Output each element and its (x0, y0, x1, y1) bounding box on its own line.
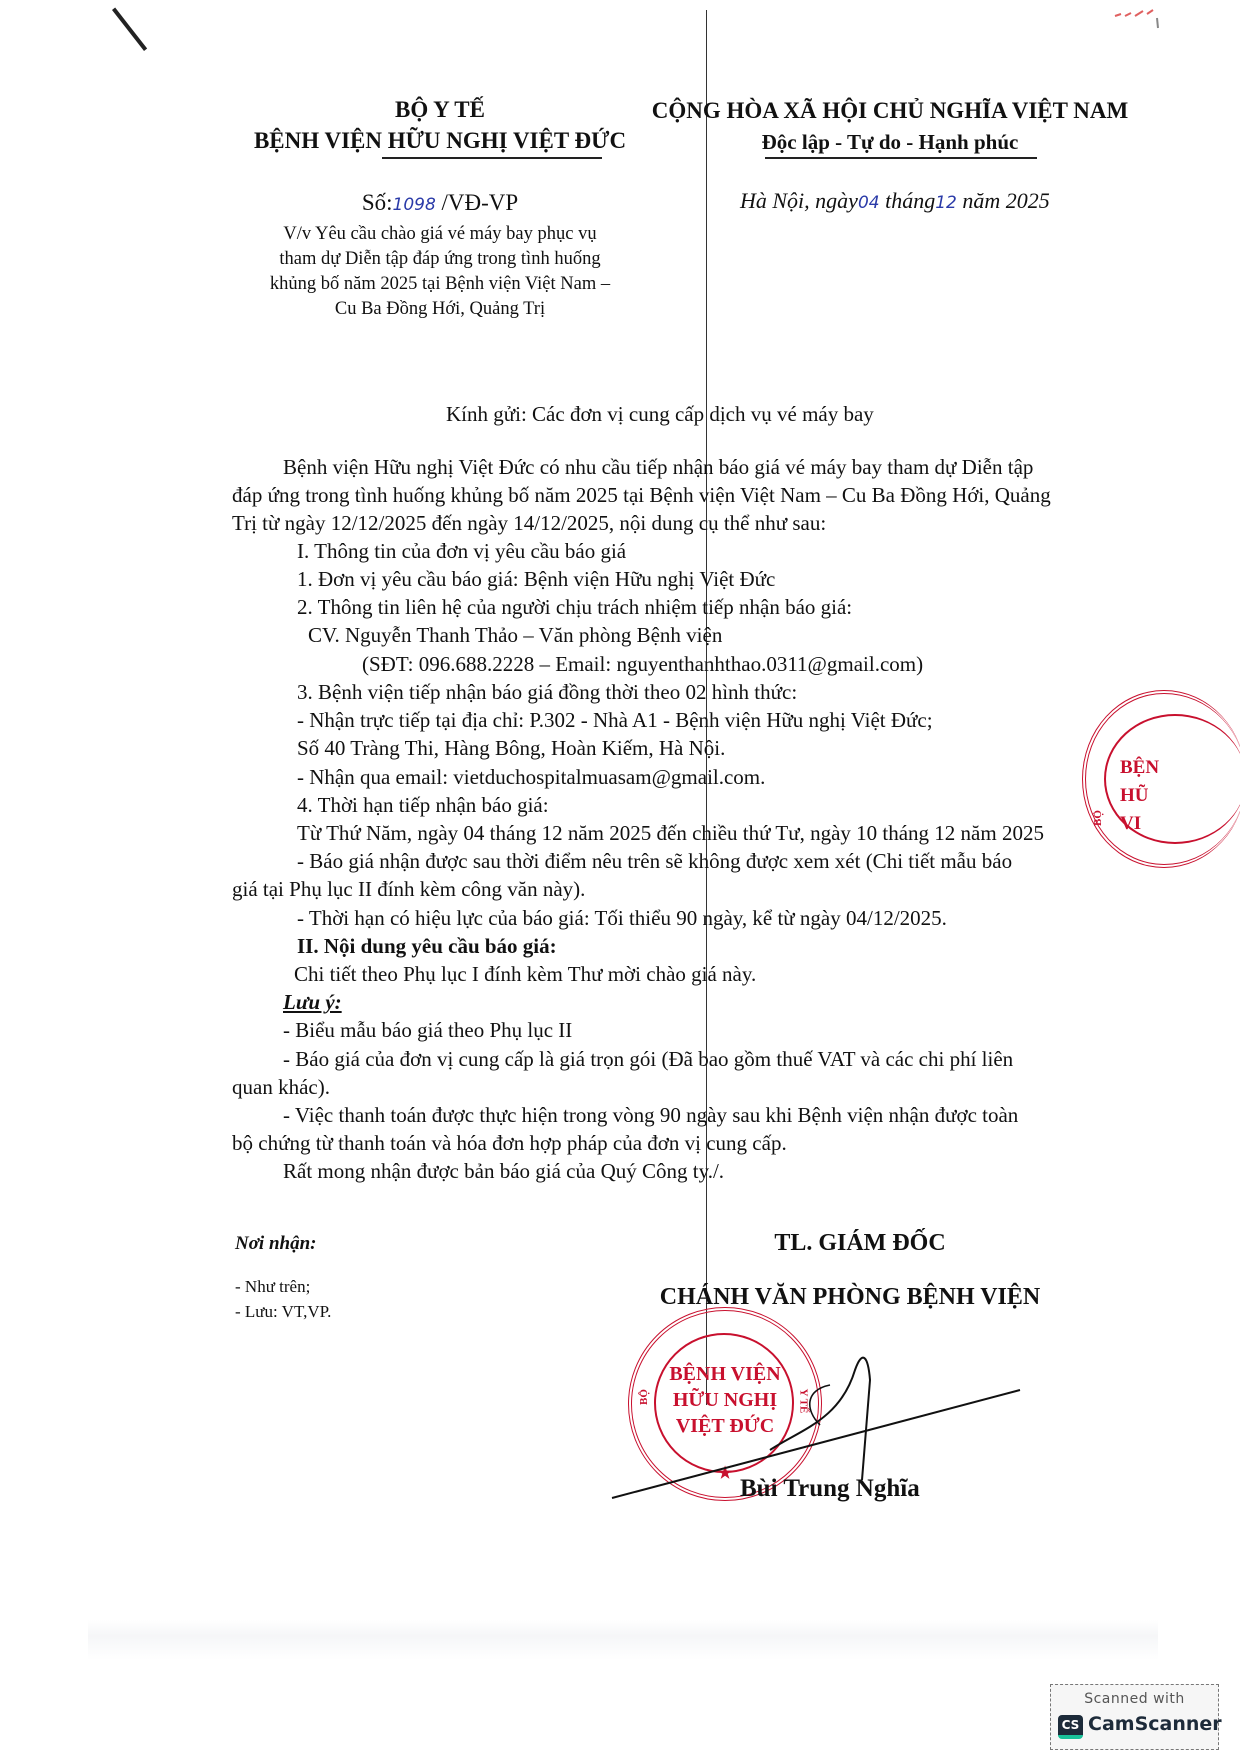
item-4-late-1: - Báo giá nhận được sau thời điểm nêu tr… (297, 847, 1012, 876)
scan-artifact-mark (112, 8, 147, 51)
item-3: 3. Bệnh viện tiếp nhận báo giá đồng thời… (297, 678, 797, 707)
item-4-validity: - Thời hạn có hiệu lực của báo giá: Tối … (297, 904, 947, 933)
handwritten-number: 1098 (393, 195, 436, 215)
note-3b: bộ chứng từ thanh toán và hóa đơn hợp ph… (232, 1129, 787, 1158)
hospital-name: BỆNH VIỆN HỮU NGHỊ VIỆT ĐỨC (210, 128, 670, 154)
intro-line-3: Trị từ ngày 12/12/2025 đến ngày 14/12/20… (232, 509, 826, 538)
item-1: 1. Đơn vị yêu cầu báo giá: Bệnh viện Hữu… (297, 565, 775, 594)
salutation: Kính gửi: Các đơn vị cung cấp dịch vụ vé… (446, 400, 874, 429)
note-3a: - Việc thanh toán được thực hiện trong v… (283, 1101, 1018, 1130)
item-4-period: Từ Thứ Năm, ngày 04 tháng 12 năm 2025 đế… (297, 819, 1044, 848)
signer-name: Bùi Trung Nghĩa (740, 1475, 920, 1503)
item-3-direct: - Nhận trực tiếp tại địa chỉ: P.302 - Nh… (297, 706, 933, 735)
section-2-text: Chi tiết theo Phụ lục I đính kèm Thư mời… (294, 960, 756, 989)
note-1: - Biểu mẫu báo giá theo Phụ lục II (283, 1016, 572, 1045)
section-2-title: II. Nội dung yêu cầu báo giá: (297, 932, 557, 961)
intro-line-2: đáp ứng trong tình huống khủng bố năm 20… (232, 481, 1051, 510)
item-2: 2. Thông tin liên hệ của người chịu trác… (297, 593, 852, 622)
recipients-title: Nơi nhận: (235, 1233, 316, 1255)
subject-block: V/v Yêu cầu chào giá vé máy bay phục vụ … (210, 222, 670, 322)
closing: Rất mong nhận được bản báo giá của Quý C… (283, 1157, 724, 1186)
date-line: Hà Nội, ngày04 tháng12 năm 2025 (740, 188, 1050, 214)
camscanner-badge: Scanned with CS CamScanner (1050, 1684, 1219, 1750)
section-1-title: I. Thông tin của đơn vị yêu cầu báo giá (297, 537, 626, 566)
recipient-item: - Như trên; (235, 1277, 310, 1297)
national-motto: Độc lập - Tự do - Hạnh phúc (630, 130, 1150, 155)
scan-shade (88, 1620, 1158, 1660)
contact-name: CV. Nguyễn Thanh Thảo – Văn phòng Bệnh v… (308, 621, 722, 650)
signature-title-2: CHÁNH VĂN PHÒNG BỆNH VIỆN (610, 1284, 1090, 1311)
recipient-item: - Lưu: VT,VP. (235, 1302, 331, 1322)
note-2a: - Báo giá của đơn vị cung cấp là giá trọ… (283, 1045, 1013, 1074)
item-3-address: Số 40 Tràng Thi, Hàng Bông, Hoàn Kiếm, H… (297, 734, 725, 763)
item-4-late-2: giá tại Phụ lục II đính kèm công văn này… (232, 875, 585, 904)
camscanner-logo-icon: CS (1058, 1715, 1083, 1739)
ministry-name: BỘ Y TẾ (210, 97, 670, 123)
hospital-underline (382, 157, 602, 159)
contact-detail: (SĐT: 096.688.2228 – Email: nguyenthanht… (362, 650, 923, 679)
motto-underline (765, 157, 1037, 159)
document-number: Số:1098 /VĐ-VP (210, 190, 670, 216)
intro-line-1: Bệnh viện Hữu nghị Việt Đức có nhu cầu t… (283, 453, 1033, 482)
item-4: 4. Thời hạn tiếp nhận báo giá: (297, 791, 549, 820)
partial-stamp: BỆN HŨ VI BỘ (1082, 690, 1240, 868)
signature-title-1: TL. GIÁM ĐỐC (630, 1230, 1090, 1257)
note-title: Lưu ý: (283, 988, 342, 1017)
note-2b: quan khác). (232, 1073, 330, 1102)
national-title: CỘNG HÒA XÃ HỘI CHỦ NGHĨA VIỆT NAM (630, 98, 1150, 124)
corner-red-mark (1113, 8, 1163, 30)
item-3-email: - Nhận qua email: vietduchospitalmuasam@… (297, 763, 765, 792)
